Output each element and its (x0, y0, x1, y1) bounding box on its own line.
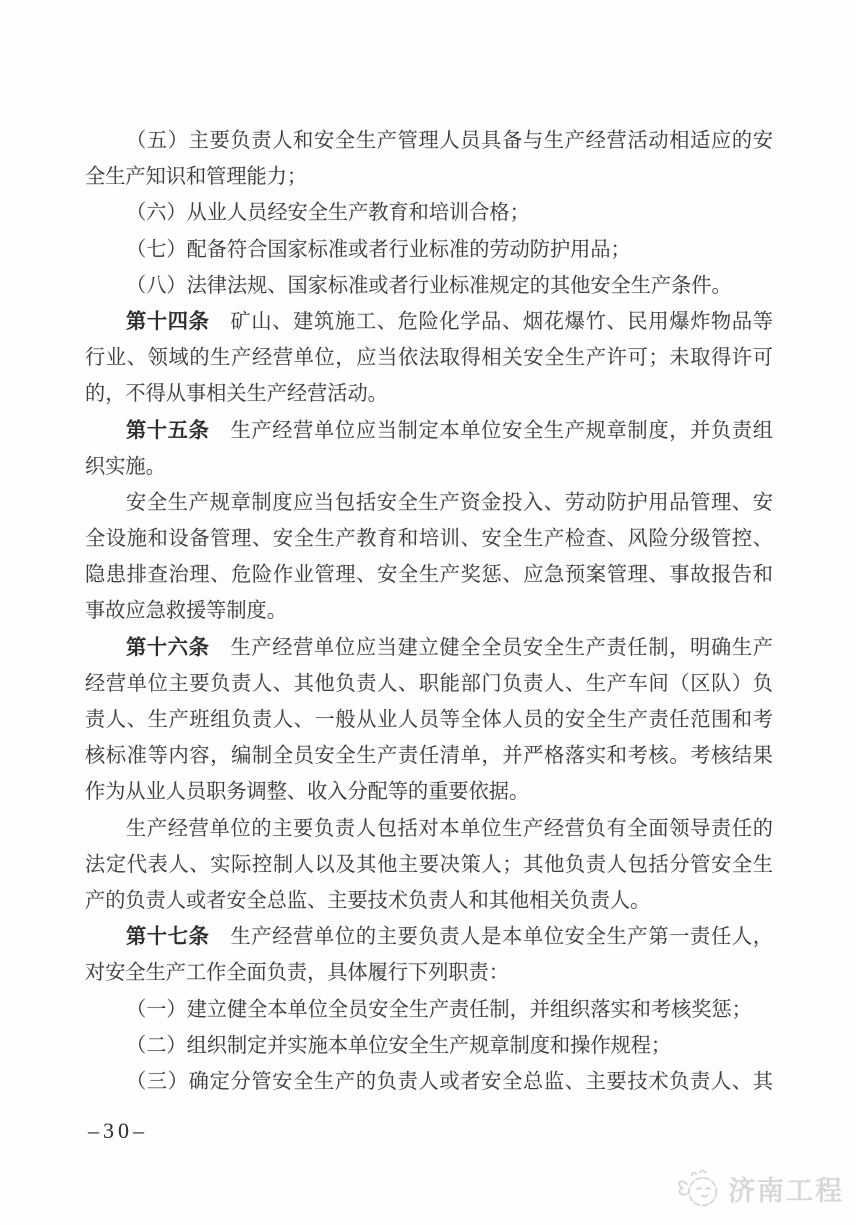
text-line: 对安全生产工作全面负责，具体履行下列职责： (85, 955, 773, 991)
text-line: （三）确定分管安全生产的负责人或者安全总监、主要技术负责人、其 (85, 1064, 773, 1100)
text-line: 产的负责人或者安全总监、主要技术负责人和其他相关负责人。 (85, 883, 773, 919)
mascot-chick-icon (675, 1166, 723, 1210)
article-number: 第十六条 (126, 637, 210, 659)
text-line: 核标准等内容，编制全员安全生产责任清单，并严格落实和考核。考核结果 (85, 738, 773, 774)
text-line: 第十四条 矿山、建筑施工、危险化学品、烟花爆竹、民用爆炸物品等 (85, 304, 773, 340)
text-line: （一）建立健全本单位全员安全生产责任制，并组织落实和考核奖惩； (85, 992, 773, 1028)
text-line: 法定代表人、实际控制人以及其他主要决策人；其他负责人包括分管安全生 (85, 847, 773, 883)
text-line: 作为从业人员职务调整、收入分配等的重要依据。 (85, 774, 773, 810)
text-line: 第十六条 生产经营单位应当建立健全全员安全生产责任制，明确生产 (85, 630, 773, 666)
watermark: 济南工程 (675, 1166, 844, 1210)
text-line: 的，不得从事相关生产经营活动。 (85, 376, 773, 412)
watermark-text: 济南工程 (728, 1169, 844, 1208)
text-line: 全生产知识和管理能力； (85, 159, 773, 195)
article-number: 第十四条 (126, 311, 210, 333)
text-line: （六）从业人员经安全生产教育和培训合格； (85, 195, 773, 231)
text-line: 经营单位主要负责人、其他负责人、职能部门负责人、生产车间（区队）负 (85, 666, 773, 702)
article-number: 第十五条 (126, 420, 210, 442)
text-line: （二）组织制定并实施本单位安全生产规章制度和操作规程； (85, 1028, 773, 1064)
text-line: 全设施和设备管理、安全生产教育和培训、安全生产检查、风险分级管控、 (85, 521, 773, 557)
text-line: （八）法律法规、国家标准或者行业标准规定的其他安全生产条件。 (85, 268, 773, 304)
text-line: （七）配备符合国家标准或者行业标准的劳动防护用品； (85, 232, 773, 268)
text-line: 安全生产规章制度应当包括安全生产资金投入、劳动防护用品管理、安 (85, 485, 773, 521)
page-number: –30– (88, 1118, 148, 1144)
text-line: 责人、生产班组负责人、一般从业人员等全体人员的安全生产责任范围和考 (85, 702, 773, 738)
text-line: 隐患排查治理、危险作业管理、安全生产奖惩、应急预案管理、事故报告和 (85, 557, 773, 593)
text-line: （五）主要负责人和安全生产管理人员具备与生产经营活动相适应的安 (85, 123, 773, 159)
text-line: 事故应急救援等制度。 (85, 593, 773, 629)
article-number: 第十七条 (126, 926, 210, 948)
text-line: 行业、领域的生产经营单位，应当依法取得相关安全生产许可；未取得许可 (85, 340, 773, 376)
text-line: 生产经营单位的主要负责人包括对本单位生产经营负有全面领导责任的 (85, 811, 773, 847)
text-line: 第十五条 生产经营单位应当制定本单位安全生产规章制度，并负责组 (85, 413, 773, 449)
text-line: 第十七条 生产经营单位的主要负责人是本单位安全生产第一责任人， (85, 919, 773, 955)
document-body: （五）主要负责人和安全生产管理人员具备与生产经营活动相适应的安全生产知识和管理能… (85, 123, 773, 1100)
text-line: 织实施。 (85, 449, 773, 485)
document-page: （五）主要负责人和安全生产管理人员具备与生产经营活动相适应的安全生产知识和管理能… (0, 0, 856, 1225)
